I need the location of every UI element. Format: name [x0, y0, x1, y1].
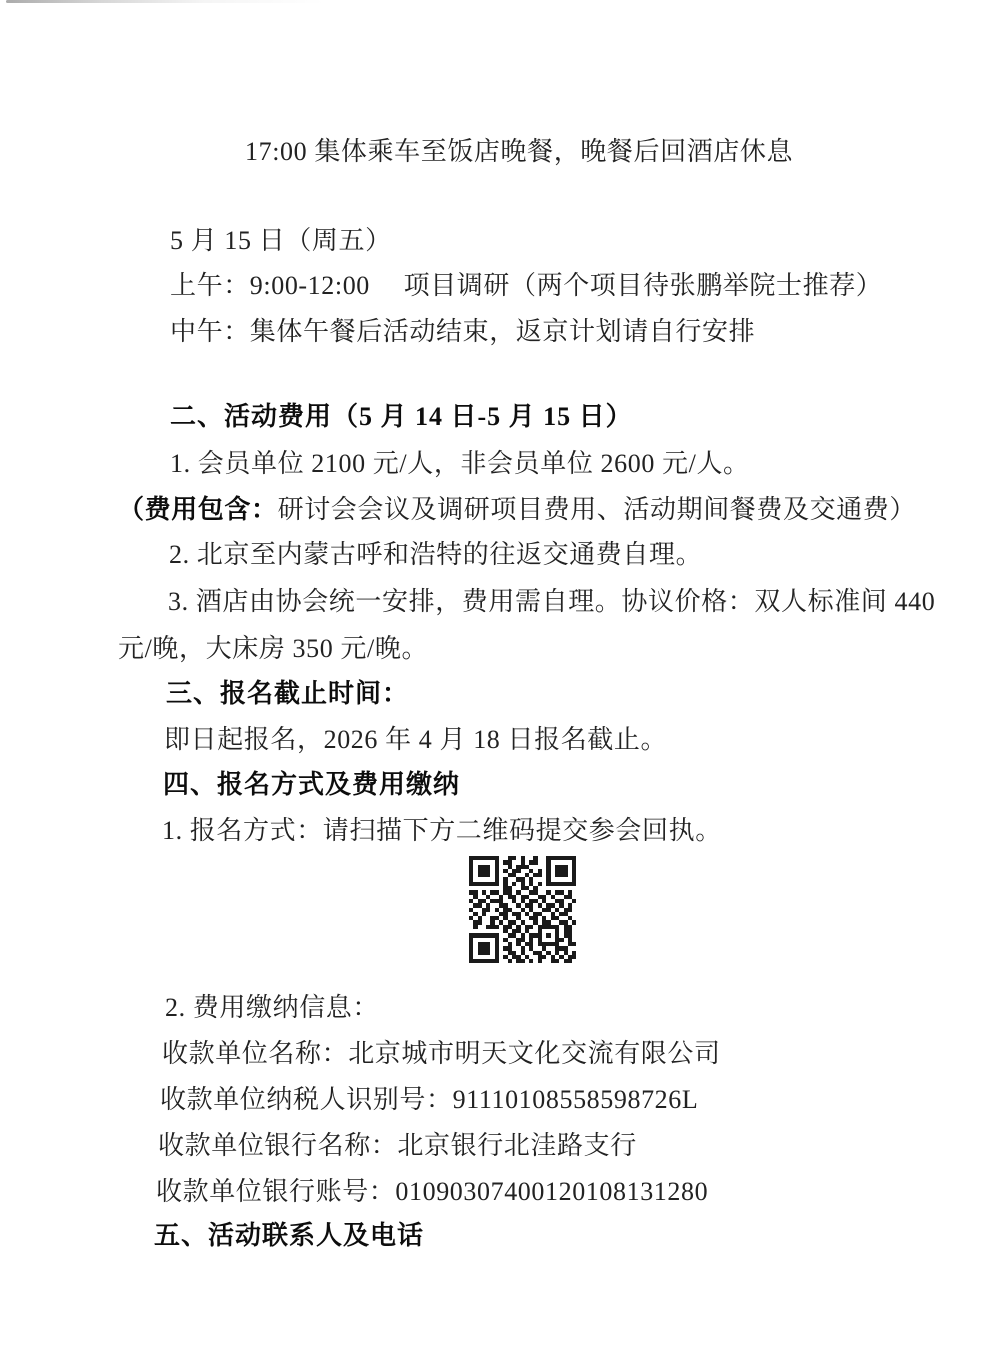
fees-hotel-line-1: 3. 酒店由协会统一安排，费用需自理。协议价格：双人标准间 440: [168, 587, 935, 617]
fees-note-bold-label: （费用包含：: [118, 495, 278, 524]
fees-hotel-line-2: 元/晚，大床房 350 元/晚。: [118, 634, 428, 664]
scan-artifact-mark: [6, 0, 324, 3]
deadline-line: 即日起报名，2026 年 4 月 18 日报名截止。: [164, 725, 667, 755]
bank-account-line: 收款单位银行账号：01090307400120108131280: [156, 1177, 708, 1207]
fees-note-text: 研讨会会议及调研项目费用、活动期间餐费及交通费）: [278, 495, 916, 524]
tax-id-line: 收款单位纳税人识别号：91110108558598726L: [160, 1085, 698, 1115]
schedule-evening-line: 17:00 集体乘车至饭店晚餐，晚餐后回酒店休息: [245, 137, 793, 167]
payee-name-line: 收款单位名称：北京城市明天文化交流有限公司: [162, 1039, 721, 1069]
section-fees-heading: 二、活动费用（5 月 14 日-5 月 15 日）: [170, 402, 633, 432]
fees-transport-line: 2. 北京至内蒙古呼和浩特的往返交通费自理。: [169, 540, 702, 570]
registration-qr-code: [469, 856, 576, 963]
bank-name-line: 收款单位银行名称：北京银行北洼路支行: [158, 1131, 637, 1161]
registration-method-line: 1. 报名方式：请扫描下方二维码提交参会回执。: [162, 816, 722, 846]
payment-info-label: 2. 费用缴纳信息：: [165, 993, 379, 1023]
section-contacts-heading: 五、活动联系人及电话: [154, 1221, 424, 1251]
schedule-morning-line: 上午：9:00-12:00 项目调研（两个项目待张鹏举院士推荐）: [170, 271, 882, 301]
fees-member-fee-line: 1. 会员单位 2100 元/人，非会员单位 2600 元/人。: [170, 449, 750, 479]
section-deadline-heading: 三、报名截止时间：: [166, 679, 409, 709]
schedule-date-line: 5 月 15 日（周五）: [170, 226, 392, 256]
fees-note-line: （费用包含：研讨会会议及调研项目费用、活动期间餐费及交通费）: [118, 495, 916, 525]
schedule-noon-line: 中午：集体午餐后活动结束，返京计划请自行安排: [170, 317, 755, 347]
document-page: 17:00 集体乘车至饭店晚餐，晚餐后回酒店休息 5 月 15 日（周五） 上午…: [0, 0, 984, 1359]
section-registration-heading: 四、报名方式及费用缴纳: [163, 770, 460, 800]
